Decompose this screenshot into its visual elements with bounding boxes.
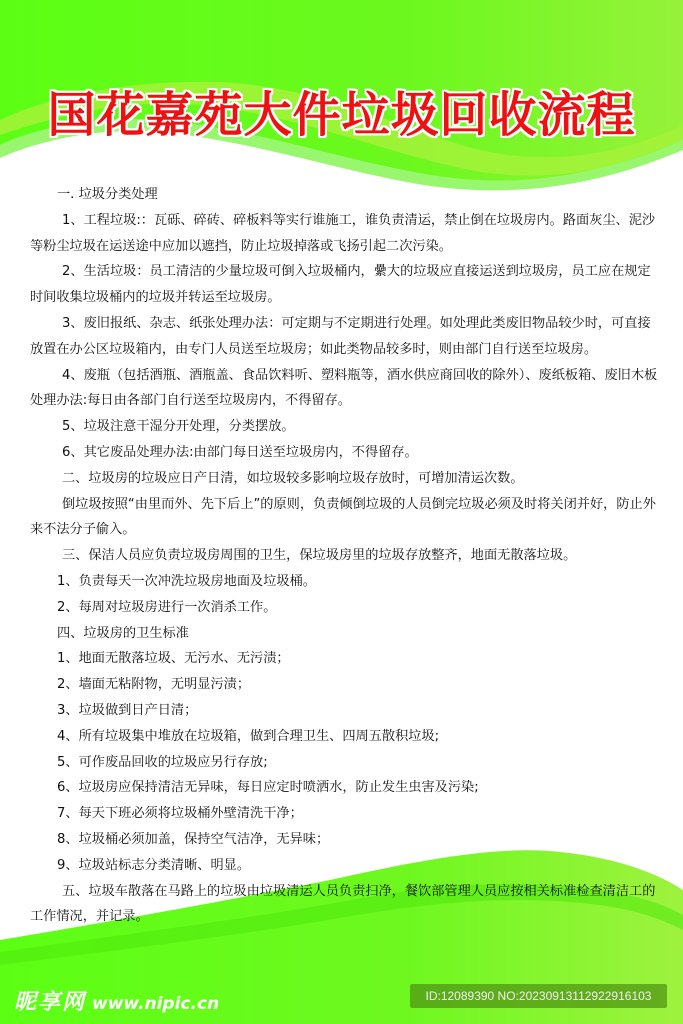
watermark-logo-text: 昵享网 [14,990,86,1015]
section-4-item-9: 9、垃圾站标志分类清晰、明显。 [30,853,658,879]
section-4-item-3: 3、垃圾做到日产日清； [30,698,658,724]
watermark-url: www.nipic.cn [92,994,219,1014]
section-1-item-5: 5、垃圾注意干湿分开处理，分类摆放。 [30,414,658,440]
section-4-item-7: 7、每天下班必须将垃圾桶外壁清洗干净； [30,801,658,827]
section-1-item-6: 6、其它废品处理办法:由部门每日送至垃圾房内，不得留存。 [30,440,658,466]
section-1-item-2: 2、生活垃圾：员工清洁的少量垃圾可倒入垃圾桶内，纍大的垃圾应直接运送到垃圾房，员… [30,259,658,311]
section-3-item-1: 1、负责每天一次冲洗垃圾房地面及垃圾桶。 [30,569,658,595]
section-4-item-8: 8、垃圾桶必须加盖，保持空气洁净，无异味； [30,827,658,853]
section-4-item-4: 4、所有垃圾集中堆放在垃圾箱，做到合理卫生、四周五散积垃圾; [30,724,658,750]
section-1-item-4: 4、废瓶（包括酒瓶、酒瓶盖、食品饮料听、塑料瓶等，酒水供应商回收的除外）、废纸板… [30,363,658,415]
section-2-note: 倒垃圾按照“由里而外、先下后上”的原则，负责倾倒垃圾的人员倒完垃圾必须及时将关闭… [30,492,658,544]
section-4-item-5: 5、可作废品回收的垃圾应另行存放; [30,750,658,776]
section-5: 五、垃圾车散落在马路上的垃圾由垃圾清运人员负责扫净，餐饮部管理人员应按相关标准检… [30,879,658,931]
watermark-logo: 昵享网www.nipic.cn [14,985,219,1016]
section-4-item-2: 2、墙面无粘附物，无明显污渍； [30,672,658,698]
section-4-item-6: 6、垃圾房应保持清洁无异味，每日应定时喷洒水，防止发生虫害及污染; [30,775,658,801]
watermark-id-badge: ID:12089390 NO:20230913112922916103 [410,984,667,1008]
section-3: 三、保洁人员应负责垃圾房周围的卫生，保垃圾房里的垃圾存放整齐，地面无散落垃圾。 [30,543,658,569]
section-4-item-1: 1、地面无散落垃圾、无污水、无污渍； [30,646,658,672]
section-2: 二、垃圾房的垃圾应日产日清，如垃圾较多影响垃圾存放时，可增加清运次数。 [30,466,658,492]
section-1-heading: 一. 垃圾分类处理 [30,182,658,208]
section-3-item-2: 2、每周对垃圾房进行一次消杀工作。 [30,595,658,621]
section-1-item-1: 1、工程垃圾:：瓦砾、碎砖、碎板料等实行谁施工，谁负责清运，禁止倒在垃圾房内。路… [30,208,658,260]
section-4-heading: 四、垃圾房的卫生标准 [30,621,658,647]
page-title: 国花嘉苑大件垃圾回收流程 [0,76,683,145]
document-body: 一. 垃圾分类处理 1、工程垃圾:：瓦砾、碎砖、碎板料等实行谁施工，谁负责清运，… [30,182,658,930]
section-1-item-3: 3、废旧报纸、杂志、纸张处理办法：可定期与不定期进行处理。如处理此类废旧物品较少… [30,311,658,363]
